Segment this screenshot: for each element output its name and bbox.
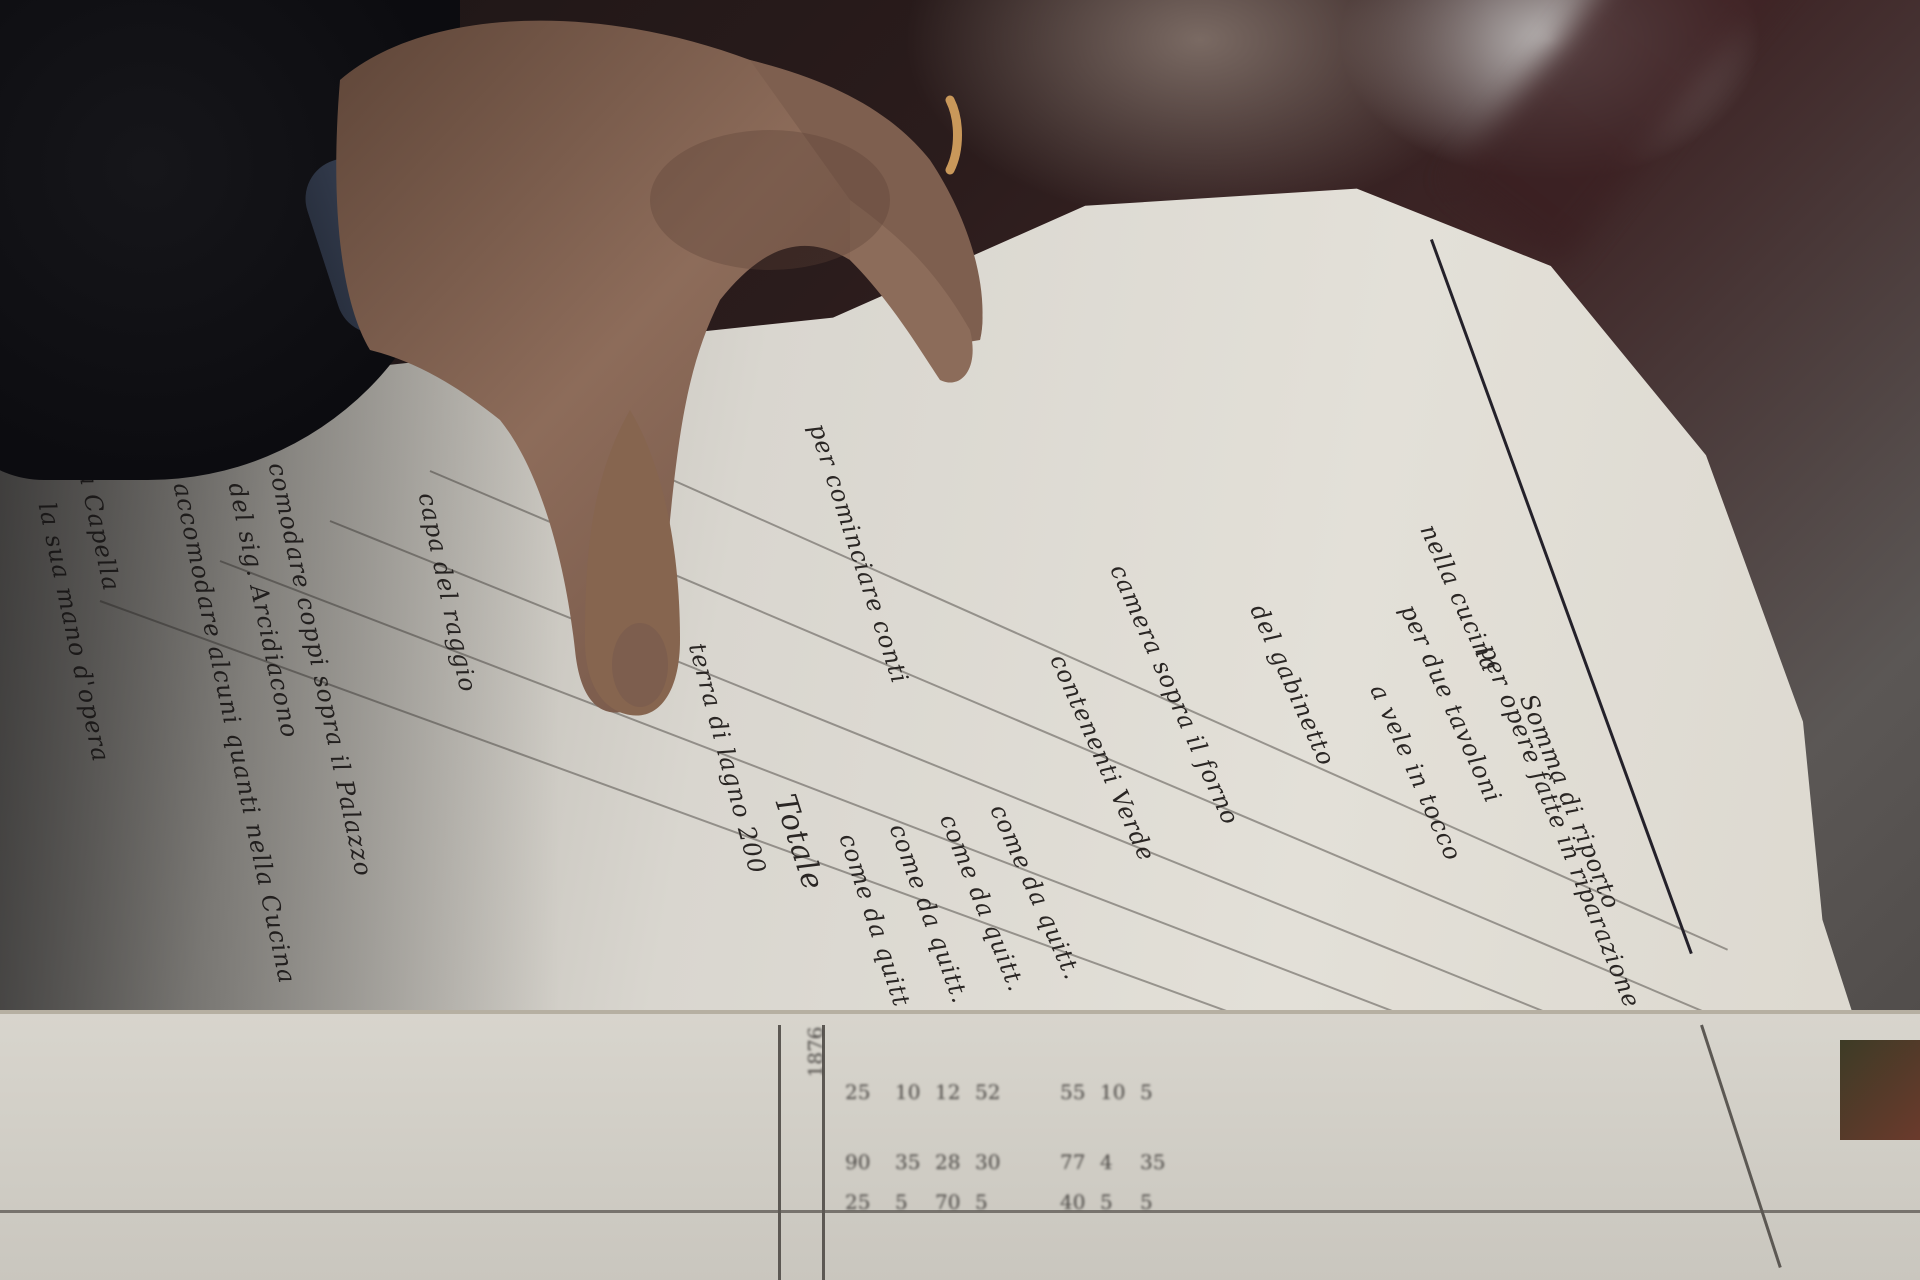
hand	[330, 0, 1210, 740]
ledger-cell: 5	[1100, 1190, 1113, 1214]
ledger-cell: 25	[845, 1190, 870, 1214]
photo-scene: Somma di riporto per opere fatte in ripa…	[0, 0, 1920, 1280]
gold-ring-icon	[950, 100, 958, 170]
ledger-cell: 5	[975, 1190, 988, 1214]
ledger-cell: 70	[935, 1190, 960, 1214]
ledger-cell: 52	[975, 1080, 1000, 1104]
ledger-cell: 5	[1140, 1080, 1153, 1104]
ledger-cell: 5	[1140, 1190, 1153, 1214]
ledger-cell: 10	[1100, 1080, 1125, 1104]
ledger-cell: 28	[935, 1150, 960, 1174]
ledger-cell: 77	[1060, 1150, 1085, 1174]
ledger-cell: 25	[845, 1080, 870, 1104]
ledger-bottom-page	[0, 1010, 1920, 1280]
ledger-cell: 35	[1140, 1150, 1165, 1174]
ledger-cell: 55	[1060, 1080, 1085, 1104]
knuckle-shadow	[650, 130, 890, 270]
ledger-year: 1876	[803, 1027, 827, 1078]
ledger-cell: 40	[1060, 1190, 1085, 1214]
thumbnail	[612, 623, 668, 707]
ledger-cell: 5	[895, 1190, 908, 1214]
ledger-column-rule	[778, 1025, 781, 1280]
ledger-cell: 12	[935, 1080, 960, 1104]
ledger-cell: 30	[975, 1150, 1000, 1174]
book-cover-corner	[1840, 1040, 1920, 1140]
ledger-cell: 90	[845, 1150, 870, 1174]
ledger-cell: 35	[895, 1150, 920, 1174]
ledger-cell: 10	[895, 1080, 920, 1104]
ledger-cell: 4	[1100, 1150, 1113, 1174]
